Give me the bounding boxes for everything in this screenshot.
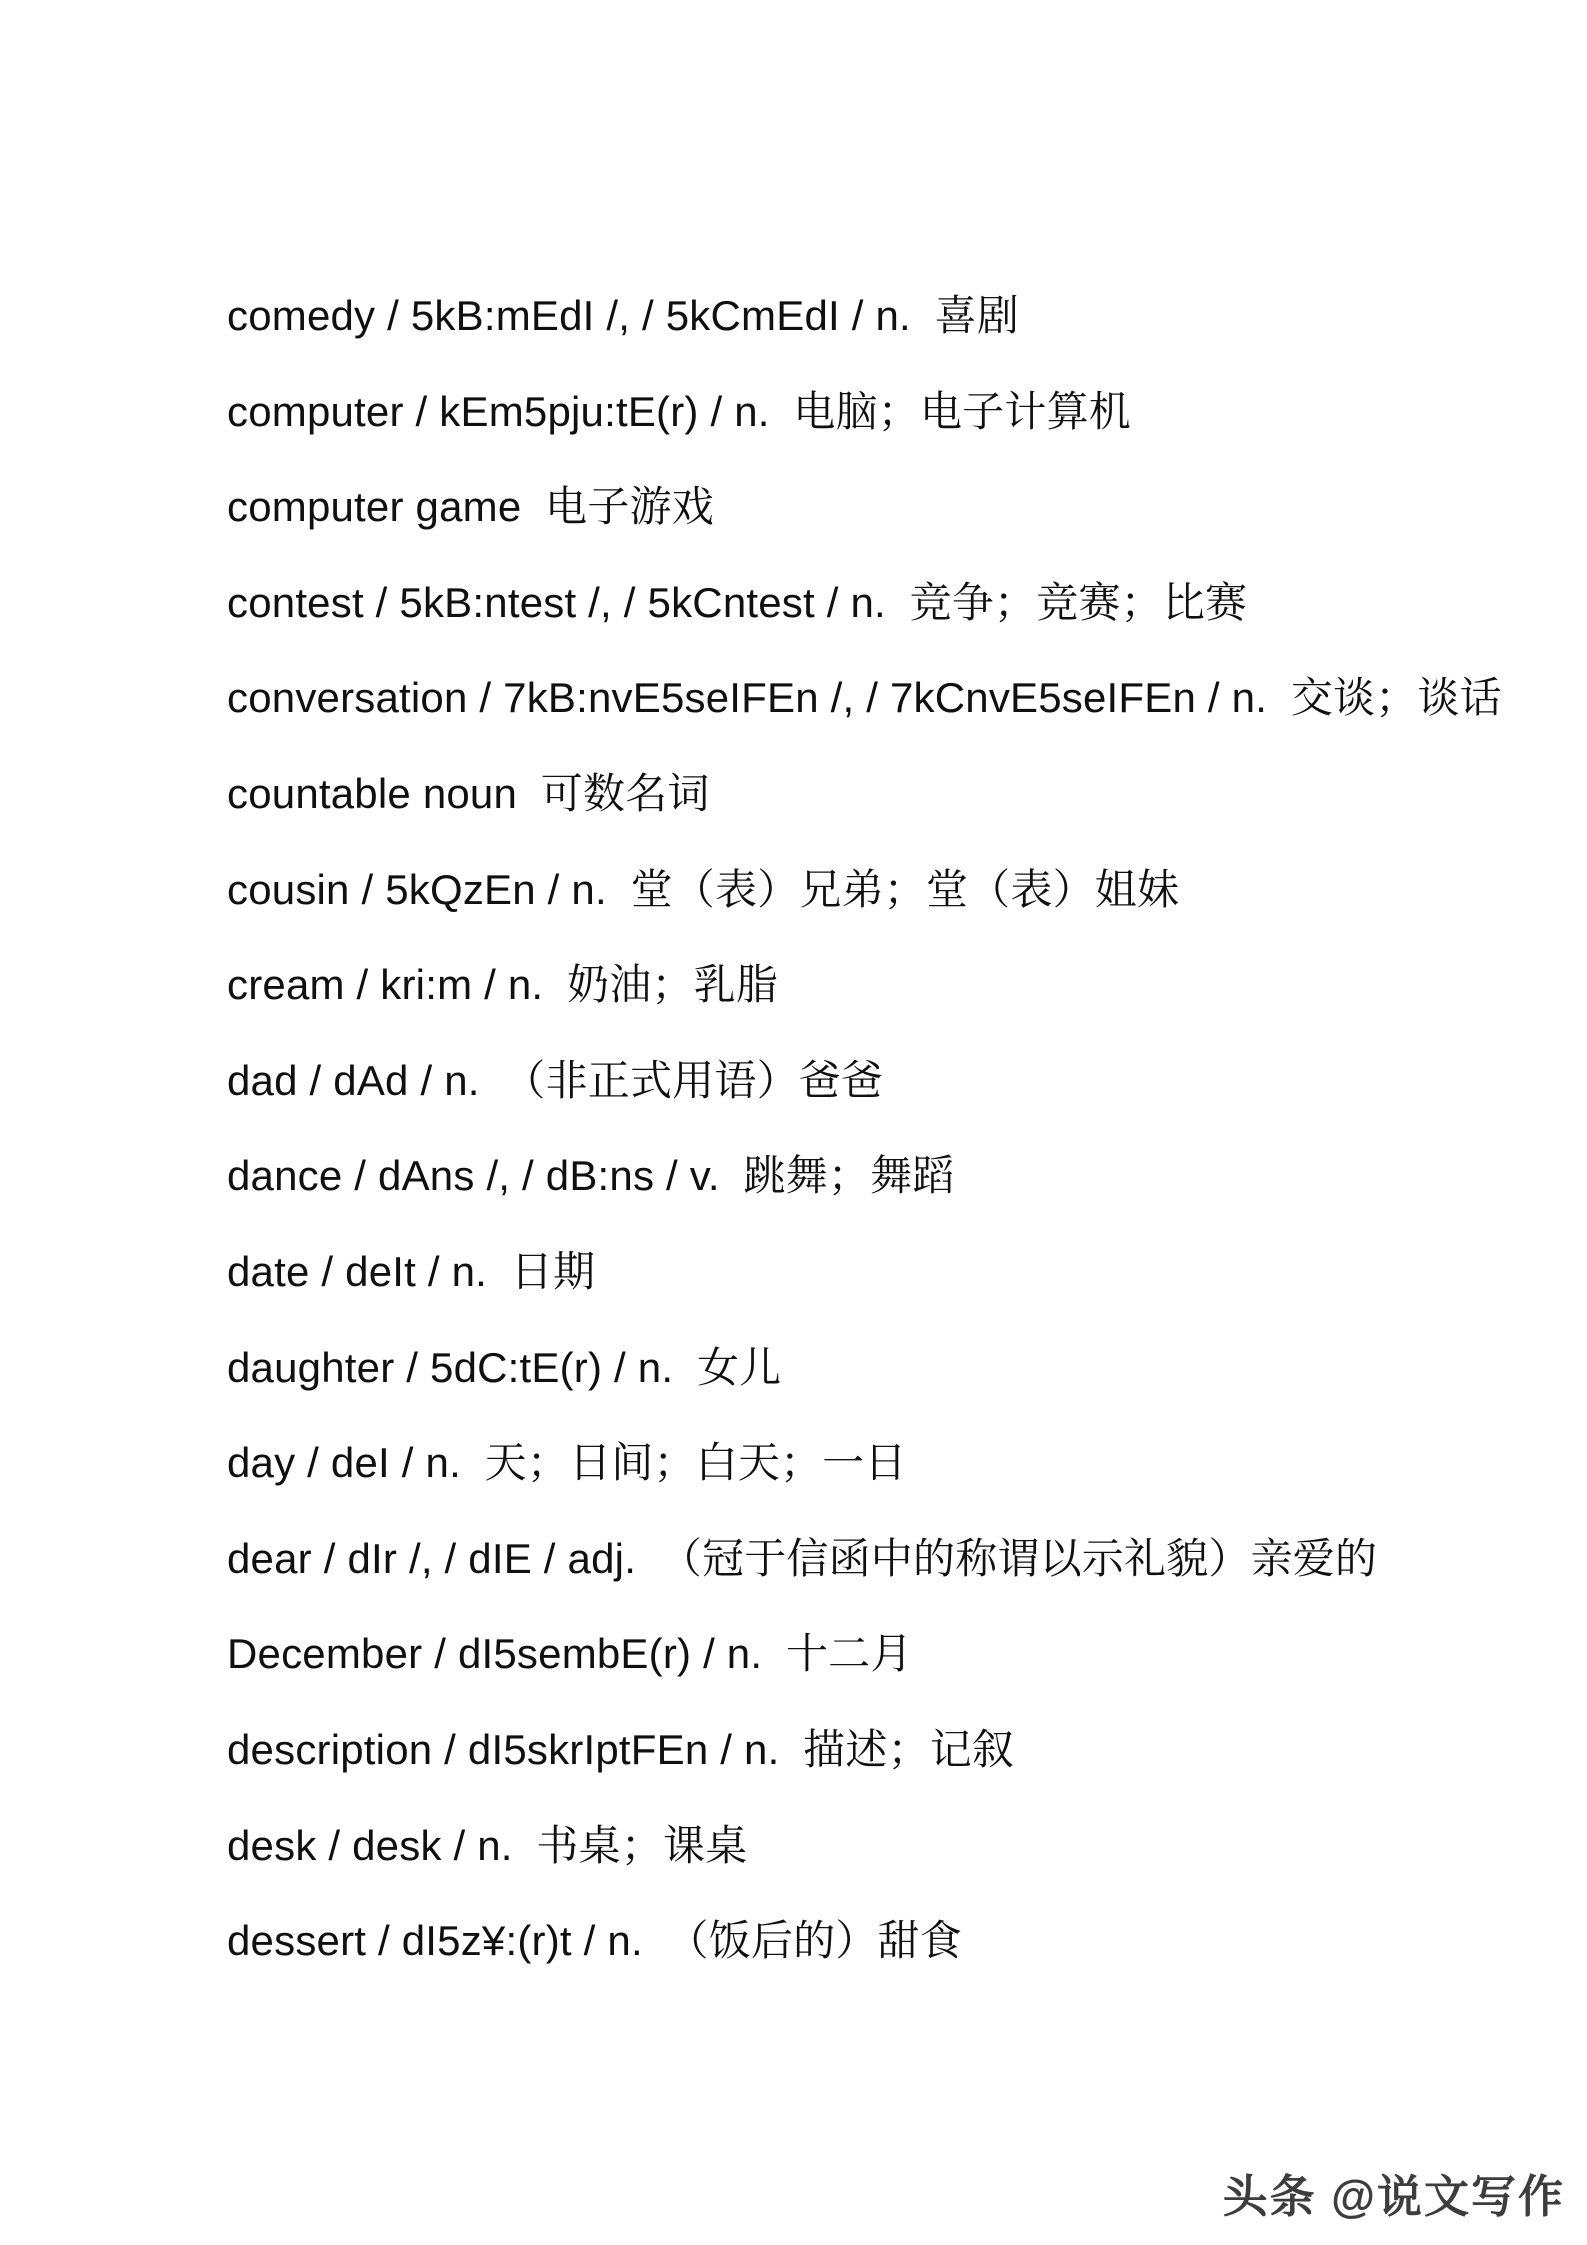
vocab-entry-december: December / dI5sembE(r) / n. 十二月	[227, 1606, 1567, 1702]
vocab-entry-description: description / dI5skrIptFEn / n. 描述；记叙	[227, 1702, 1567, 1798]
vocab-entry-comedy: comedy / 5kB:mEdI /, / 5kCmEdI / n. 喜剧	[227, 268, 1567, 364]
vocab-entry-cousin: cousin / 5kQzEn / n. 堂（表）兄弟；堂（表）姐妹	[227, 842, 1567, 938]
document-page: comedy / 5kB:mEdI /, / 5kCmEdI / n. 喜剧 c…	[0, 0, 1587, 2245]
vocab-entry-contest: contest / 5kB:ntest /, / 5kCntest / n. 竞…	[227, 555, 1567, 651]
vocab-entry-date: date / deIt / n. 日期	[227, 1224, 1567, 1320]
vocab-entry-daughter: daughter / 5dC:tE(r) / n. 女儿	[227, 1320, 1567, 1416]
vocab-list: comedy / 5kB:mEdI /, / 5kCmEdI / n. 喜剧 c…	[227, 268, 1567, 1989]
toutiao-watermark: 头条 @说文写作	[1223, 2160, 1565, 2225]
vocab-entry-desk: desk / desk / n. 书桌；课桌	[227, 1798, 1567, 1894]
vocab-entry-dessert: dessert / dI5z¥:(r)t / n. （饭后的）甜食	[227, 1893, 1567, 1989]
vocab-entry-computer-game: computer game 电子游戏	[227, 459, 1567, 555]
vocab-entry-cream: cream / kri:m / n. 奶油；乳脂	[227, 937, 1567, 1033]
vocab-entry-dear: dear / dIr /, / dIE / adj. （冠于信函中的称谓以示礼貌…	[227, 1511, 1567, 1607]
vocab-entry-day: day / deI / n. 天；日间；白天；一日	[227, 1415, 1567, 1511]
vocab-entry-conversation: conversation / 7kB:nvE5seIFEn /, / 7kCnv…	[227, 650, 1567, 746]
vocab-entry-dance: dance / dAns /, / dB:ns / v. 跳舞；舞蹈	[227, 1128, 1567, 1224]
vocab-entry-computer: computer / kEm5pju:tE(r) / n. 电脑；电子计算机	[227, 364, 1567, 460]
vocab-entry-dad: dad / dAd / n. （非正式用语）爸爸	[227, 1033, 1567, 1129]
vocab-entry-countable-noun: countable noun 可数名词	[227, 746, 1567, 842]
